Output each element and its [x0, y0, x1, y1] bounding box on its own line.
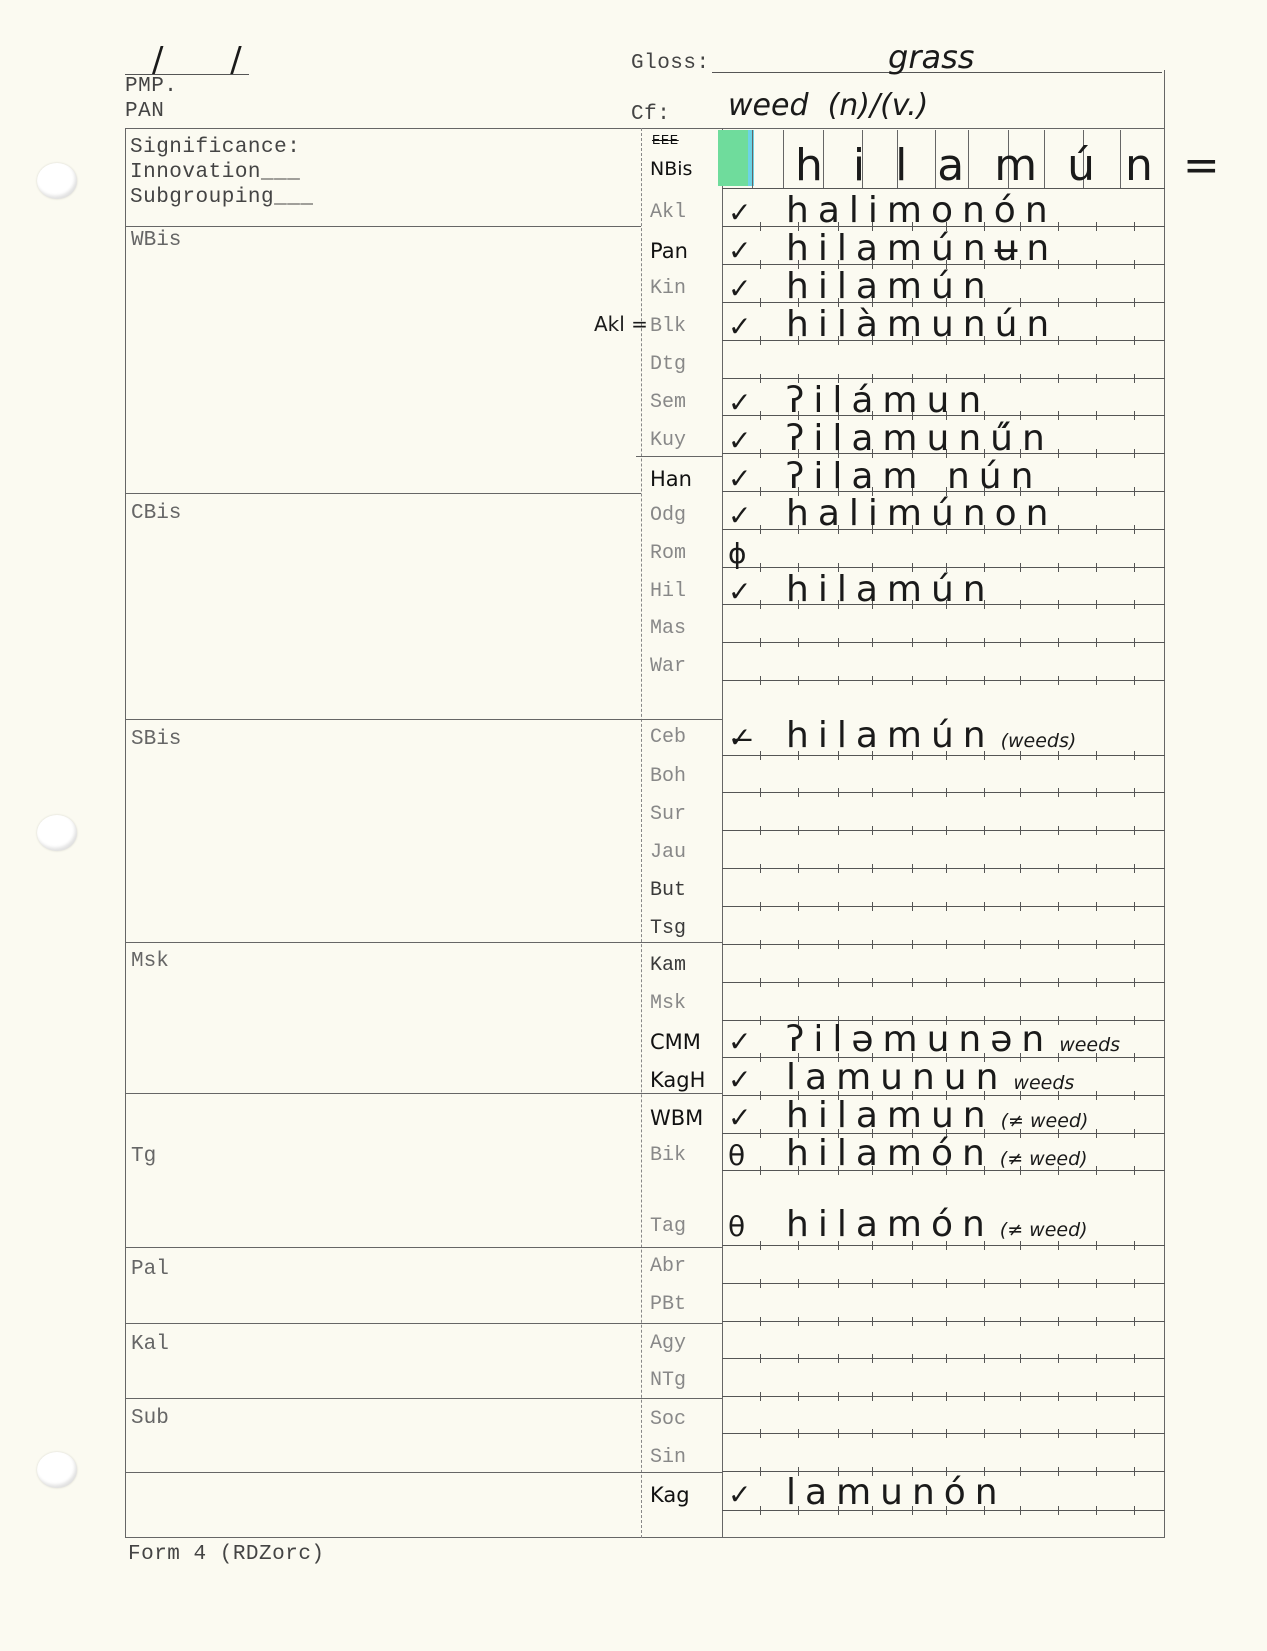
entry-row-line — [722, 1358, 1165, 1359]
row-tick — [1096, 638, 1097, 647]
nbis-form: h i l a m ú n = — [795, 140, 1228, 191]
entry-row-line — [722, 944, 1165, 945]
row-tick — [1134, 1467, 1135, 1476]
row-tick — [1096, 826, 1097, 835]
row-tick — [798, 1354, 799, 1363]
entry-row-line — [722, 906, 1165, 907]
binder-hole-bottom — [37, 1452, 77, 1488]
row-tick — [946, 826, 947, 835]
row-tick — [984, 864, 985, 873]
language-label: Kam — [650, 954, 718, 977]
language-label: Dtg — [650, 353, 718, 376]
row-tick — [872, 864, 873, 873]
row-tick — [872, 1392, 873, 1401]
box-left-border — [125, 128, 126, 1538]
nbis-cell-divider — [752, 130, 753, 188]
reflex-text: ʔiləmunən — [786, 1019, 1053, 1060]
row-tick — [1020, 1279, 1021, 1288]
row-tick — [1134, 978, 1135, 987]
row-tick — [872, 638, 873, 647]
row-tick — [1134, 336, 1135, 345]
row-tick — [1020, 1506, 1021, 1515]
row-tick — [760, 1279, 761, 1288]
row-tick — [872, 1317, 873, 1326]
row-tick — [1096, 1241, 1097, 1250]
row-tick — [1020, 864, 1021, 873]
nbis-highlight — [718, 130, 754, 186]
row-tick — [984, 1279, 985, 1288]
row-tick — [1058, 600, 1059, 609]
cognate-mark-icon: ✓ — [728, 575, 786, 608]
row-tick — [872, 902, 873, 911]
row-tick — [946, 1429, 947, 1438]
entry-form: ✓hilamúnʉn — [728, 228, 1058, 269]
language-label: Tag — [650, 1215, 718, 1238]
row-tick — [1134, 1129, 1135, 1138]
cognate-mark-icon: ✓ — [728, 1063, 786, 1096]
reflex-text: hilàmunún — [786, 304, 1058, 345]
row-tick — [798, 864, 799, 873]
row-tick — [1134, 1429, 1135, 1438]
row-tick — [1134, 1279, 1135, 1288]
row-tick — [1096, 1166, 1097, 1175]
entry-form: ✓lamununweeds — [728, 1057, 1074, 1098]
language-label: Abr — [650, 1255, 718, 1278]
row-tick — [1096, 449, 1097, 458]
row-tick — [1020, 563, 1021, 572]
cognate-mark-icon: ✓̶ — [728, 721, 786, 754]
row-tick — [838, 1429, 839, 1438]
entry-form: ✓̶hilamún(weeds) — [728, 715, 1076, 756]
row-tick — [1134, 1354, 1135, 1363]
entry-row-line — [722, 868, 1165, 869]
reflex-note: (≠ weed) — [1001, 1110, 1089, 1132]
row-tick — [1096, 487, 1097, 496]
row-tick — [984, 940, 985, 949]
section-divider — [125, 1323, 722, 1324]
row-tick — [946, 676, 947, 685]
reflex-note: (weeds) — [1001, 730, 1077, 752]
row-tick — [1134, 487, 1135, 496]
reflex-text: ʔilamunű́n — [786, 418, 1054, 459]
cf-value: weed (n)/(v.) — [728, 88, 928, 123]
reflex-text: hilamúnʉn — [786, 228, 1058, 269]
row-tick — [1134, 1317, 1135, 1326]
section-divider — [125, 942, 722, 943]
row-tick — [1096, 1279, 1097, 1288]
section-label-msk: Msk — [131, 950, 169, 973]
row-tick — [1020, 940, 1021, 949]
language-label: Kin — [650, 277, 718, 300]
subgrouping-label: Subgrouping___ — [130, 186, 313, 209]
row-tick — [798, 788, 799, 797]
language-label: But — [650, 879, 718, 902]
row-tick — [760, 1354, 761, 1363]
row-tick — [912, 826, 913, 835]
language-label: KagH — [650, 1068, 718, 1092]
significance-divider — [125, 226, 641, 227]
language-label: Rom — [650, 542, 718, 565]
row-tick — [1096, 940, 1097, 949]
row-tick — [1096, 525, 1097, 534]
reflex-text: ʔilam nún — [786, 456, 1042, 497]
row-tick — [1058, 788, 1059, 797]
row-tick — [1058, 487, 1059, 496]
row-tick — [912, 978, 913, 987]
row-tick — [1058, 411, 1059, 420]
row-tick — [1134, 222, 1135, 231]
row-tick — [1096, 336, 1097, 345]
gloss-value: grass — [888, 38, 974, 76]
language-label: PBt — [650, 1293, 718, 1316]
cognate-mark-icon: ✓ — [728, 272, 786, 305]
reflex-note: weeds — [1059, 1034, 1120, 1056]
row-tick — [946, 788, 947, 797]
entry-row-line — [722, 1433, 1165, 1434]
row-tick — [798, 1429, 799, 1438]
language-label: CMM — [650, 1030, 718, 1054]
row-tick — [760, 940, 761, 949]
language-label: Tsg — [650, 917, 718, 940]
row-tick — [1058, 1354, 1059, 1363]
row-tick — [946, 638, 947, 647]
pmp-text: PMP. — [125, 75, 177, 98]
row-tick — [798, 1317, 799, 1326]
row-tick — [872, 1429, 873, 1438]
row-tick — [838, 1317, 839, 1326]
cognate-mark-icon: ϕ — [728, 537, 786, 570]
cognate-mark-icon: ✓ — [728, 462, 786, 495]
reflex-text: lamunun — [786, 1057, 1007, 1098]
reflex-text: halimonón — [786, 190, 1057, 231]
entry-row-line — [722, 567, 1165, 568]
section-divider — [125, 1472, 722, 1473]
row-tick — [1134, 449, 1135, 458]
row-tick — [1020, 1317, 1021, 1326]
language-column-divider — [641, 128, 642, 1538]
row-tick — [872, 940, 873, 949]
row-tick — [1096, 864, 1097, 873]
row-tick — [1096, 978, 1097, 987]
row-tick — [798, 676, 799, 685]
language-label: Boh — [650, 765, 718, 788]
entry-row-line — [722, 792, 1165, 793]
row-tick — [912, 788, 913, 797]
row-tick — [760, 1317, 761, 1326]
row-tick — [1058, 449, 1059, 458]
language-label: Han — [650, 467, 718, 491]
row-tick — [946, 1279, 947, 1288]
row-tick — [1058, 1317, 1059, 1326]
binder-hole-top — [37, 163, 77, 199]
language-label: War — [650, 655, 718, 678]
entry-row-line — [722, 1283, 1165, 1284]
row-tick — [1134, 1506, 1135, 1515]
row-tick — [872, 788, 873, 797]
cognate-mark-icon: ✓ — [728, 196, 786, 229]
section-label-kal: Kal — [131, 1333, 169, 1356]
reflex-note: (≠ weed) — [1000, 1219, 1088, 1241]
section-divider — [125, 1093, 722, 1094]
language-label: Bik — [650, 1144, 718, 1167]
row-tick — [1020, 978, 1021, 987]
cognate-mark-icon: θ — [728, 1139, 786, 1172]
row-tick — [946, 1354, 947, 1363]
row-tick — [984, 676, 985, 685]
row-tick — [760, 902, 761, 911]
section-label-sub: Sub — [131, 1407, 169, 1430]
row-tick — [872, 1279, 873, 1288]
language-label: Mas — [650, 617, 718, 640]
row-tick — [760, 864, 761, 873]
row-tick — [1058, 864, 1059, 873]
row-tick — [1134, 411, 1135, 420]
section-divider — [125, 719, 722, 720]
language-label: Pan — [650, 239, 718, 263]
entry-form: ϕ — [728, 531, 786, 572]
reflex-text: halimúnon — [786, 493, 1057, 534]
row-tick — [1096, 1467, 1097, 1476]
row-tick — [798, 1392, 799, 1401]
row-tick — [798, 1279, 799, 1288]
row-tick — [1020, 1392, 1021, 1401]
row-tick — [1058, 940, 1059, 949]
entry-row-line — [722, 1245, 1165, 1246]
row-tick — [984, 978, 985, 987]
row-tick — [1058, 676, 1059, 685]
row-tick — [946, 902, 947, 911]
row-tick — [872, 676, 873, 685]
language-label: WBM — [650, 1106, 718, 1130]
language-label: Sin — [650, 1446, 718, 1469]
reflex-text: hilamón — [786, 1204, 994, 1245]
entry-form: θhilamón(≠ weed) — [728, 1204, 1088, 1245]
row-tick — [798, 902, 799, 911]
row-tick — [946, 1392, 947, 1401]
row-tick — [1134, 940, 1135, 949]
row-tick — [760, 638, 761, 647]
row-tick — [1096, 751, 1097, 760]
row-tick — [1020, 1354, 1021, 1363]
language-label: Blk — [650, 315, 718, 338]
reflex-text: ʔilámun — [786, 380, 990, 421]
row-tick — [1134, 638, 1135, 647]
row-tick — [1096, 260, 1097, 269]
row-tick — [1096, 1429, 1097, 1438]
language-label: Sur — [650, 803, 718, 826]
entry-form: ✓ʔilamunű́n — [728, 418, 1054, 459]
row-tick — [1134, 260, 1135, 269]
row-tick — [1058, 1429, 1059, 1438]
row-tick — [1020, 374, 1021, 383]
section-label-wbis: WBis — [131, 229, 181, 252]
cognate-mark-icon: ✓ — [728, 499, 786, 532]
row-tick — [1096, 1129, 1097, 1138]
box-right-border — [1164, 70, 1165, 1538]
row-tick — [912, 1354, 913, 1363]
cf-label: Cf: — [631, 103, 670, 126]
side-note-akl: Akl = — [594, 312, 648, 336]
row-tick — [1058, 1467, 1059, 1476]
struck-label: EEE — [652, 133, 679, 149]
row-tick — [1096, 788, 1097, 797]
row-tick — [1058, 374, 1059, 383]
cognate-mark-icon: ✓ — [728, 386, 786, 419]
section-label-pal: Pal — [131, 1258, 169, 1281]
row-tick — [838, 1279, 839, 1288]
row-tick — [1058, 1506, 1059, 1515]
row-tick — [912, 940, 913, 949]
box-top-border — [125, 128, 1165, 129]
row-tick — [1134, 902, 1135, 911]
pan-label: PAN — [125, 100, 164, 123]
cognate-mark-icon: ✓ — [728, 310, 786, 343]
row-tick — [912, 676, 913, 685]
entry-form: ✓hilamún — [728, 266, 995, 307]
row-tick — [760, 676, 761, 685]
language-label: Msk — [650, 992, 718, 1015]
innovation-label: Innovation___ — [130, 161, 300, 184]
row-tick — [760, 1392, 761, 1401]
section-divider — [125, 1398, 722, 1399]
row-tick — [946, 1317, 947, 1326]
row-tick — [838, 1354, 839, 1363]
row-tick — [798, 978, 799, 987]
row-tick — [1134, 1053, 1135, 1062]
row-tick — [1096, 298, 1097, 307]
reflex-note: (≠ weed) — [1000, 1148, 1088, 1170]
row-tick — [838, 902, 839, 911]
row-tick — [1096, 676, 1097, 685]
row-tick — [1096, 1091, 1097, 1100]
row-tick — [1058, 525, 1059, 534]
box-bottom-border — [125, 1537, 1165, 1538]
row-tick — [1058, 902, 1059, 911]
entry-form: ✓hilamun(≠ weed) — [728, 1095, 1088, 1136]
row-tick — [912, 1392, 913, 1401]
row-tick — [912, 1429, 913, 1438]
language-label: Odg — [650, 504, 718, 527]
row-tick — [1096, 1392, 1097, 1401]
cognate-mark-icon: ✓ — [728, 1101, 786, 1134]
row-tick — [1134, 1091, 1135, 1100]
entry-form: ✓ʔilam nún — [728, 456, 1042, 497]
row-tick — [1096, 1506, 1097, 1515]
row-tick — [798, 826, 799, 835]
reflex-text: hilamún — [786, 569, 995, 610]
section-divider — [125, 493, 641, 494]
row-tick — [1134, 525, 1135, 534]
form-footer: Form 4 (RDZorc) — [128, 1543, 325, 1566]
language-label: Kuy — [650, 429, 718, 452]
language-label: Agy — [650, 1332, 718, 1355]
row-tick — [798, 638, 799, 647]
entry-form: ✓hilàmunún — [728, 304, 1058, 345]
entry-row-line — [722, 830, 1165, 831]
row-tick — [1134, 298, 1135, 307]
row-tick — [838, 1392, 839, 1401]
row-tick — [798, 940, 799, 949]
reflex-text: hilamón — [786, 1133, 994, 1174]
row-tick — [984, 1317, 985, 1326]
row-tick — [1134, 826, 1135, 835]
row-tick — [984, 1392, 985, 1401]
row-tick — [1134, 1166, 1135, 1175]
entry-row-line — [722, 378, 1165, 379]
row-tick — [760, 826, 761, 835]
nbis-cell-divider — [783, 130, 784, 188]
row-tick — [1134, 788, 1135, 797]
row-tick — [1020, 1429, 1021, 1438]
section-label-sbis: SBis — [131, 728, 181, 751]
entry-row-line — [722, 982, 1165, 983]
row-tick — [1020, 638, 1021, 647]
binder-hole-middle — [37, 815, 77, 851]
row-tick — [1134, 600, 1135, 609]
row-tick — [838, 864, 839, 873]
entry-form: ✓lamunón — [728, 1472, 1007, 1513]
row-tick — [838, 826, 839, 835]
cognate-mark-icon: θ — [728, 1210, 786, 1243]
reflex-text: hilamún — [786, 266, 995, 307]
row-tick — [984, 1429, 985, 1438]
language-label: Sem — [650, 391, 718, 414]
row-tick — [838, 788, 839, 797]
row-tick — [1134, 676, 1135, 685]
row-tick — [1134, 1241, 1135, 1250]
nbis-language-label: NBis — [650, 158, 718, 180]
entry-row-line — [722, 1396, 1165, 1397]
row-tick — [760, 978, 761, 987]
entry-form: θhilamón(≠ weed) — [728, 1133, 1088, 1174]
entry-row-line — [722, 1321, 1165, 1322]
cognate-mark-icon: ✓ — [728, 1025, 786, 1058]
entry-form: ✓halimonón — [728, 190, 1057, 231]
row-tick — [1134, 563, 1135, 572]
row-tick — [946, 940, 947, 949]
row-tick — [1096, 222, 1097, 231]
entry-form: ✓hilamún — [728, 569, 995, 610]
significance-title: Significance: — [130, 136, 300, 159]
reflex-note: weeds — [1013, 1072, 1074, 1094]
reflex-text: hilamún — [786, 715, 995, 756]
row-tick — [1134, 751, 1135, 760]
row-tick — [984, 1354, 985, 1363]
language-label: Jau — [650, 841, 718, 864]
row-tick — [838, 638, 839, 647]
reflex-text: hilamun — [786, 1095, 995, 1136]
row-tick — [1058, 978, 1059, 987]
row-tick — [760, 788, 761, 797]
pmp-label: PMP. — [125, 75, 177, 98]
entry-form: ✓ʔilámun — [728, 380, 990, 421]
row-tick — [838, 978, 839, 987]
entry-row-line — [722, 642, 1165, 643]
gloss-label: Gloss: — [631, 52, 710, 75]
row-tick — [838, 676, 839, 685]
row-tick — [1096, 600, 1097, 609]
language-label: Akl — [650, 201, 718, 224]
row-tick — [1058, 826, 1059, 835]
row-tick — [912, 902, 913, 911]
language-label: Ceb — [650, 726, 718, 749]
row-tick — [984, 788, 985, 797]
row-tick — [1096, 902, 1097, 911]
row-tick — [1096, 1317, 1097, 1326]
row-tick — [760, 1429, 761, 1438]
row-tick — [872, 1354, 873, 1363]
row-tick — [946, 864, 947, 873]
